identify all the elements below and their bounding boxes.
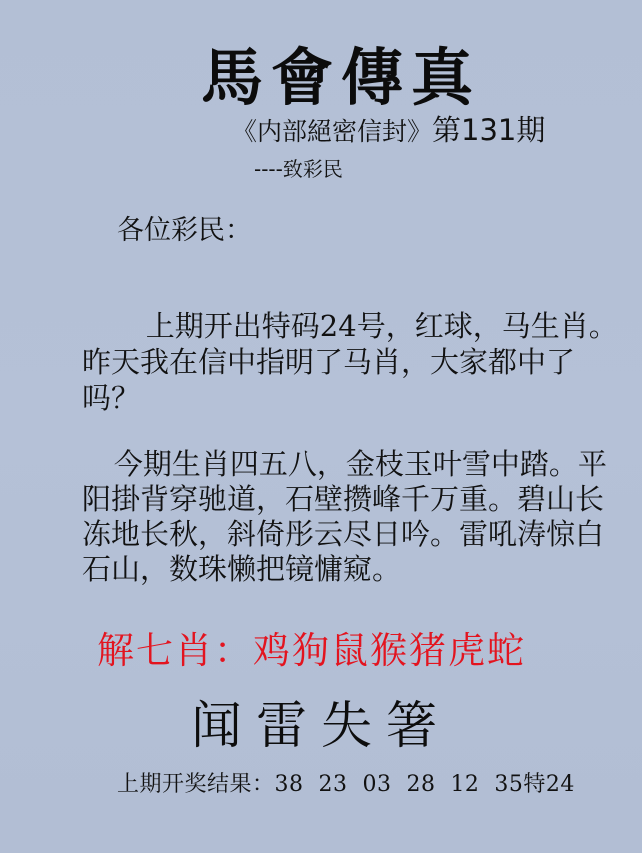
last-draw-results: 上期开奖结果：38 23 03 28 12 35特24: [117, 767, 575, 798]
paragraph-last-result: 上期开出特码24号，红球，马生肖。昨天我在信中指明了马肖，大家都中了吗？: [82, 308, 622, 416]
issue-number: 第131期: [432, 113, 545, 147]
paragraph-poem: 今期生肖四五八，金枝玉叶雪中踏。平阳掛背穿驰道，石壁攒峰千万重。碧山长冻地长秋，…: [82, 447, 622, 587]
addressee: ----致彩民: [254, 153, 343, 182]
motto: 闻雷失箸: [0, 684, 642, 758]
greeting: 各位彩民：: [117, 208, 252, 247]
results-numbers: 38 23 03 28 12 35特24: [275, 772, 575, 797]
zodiac-hint: 解七肖：鸡狗鼠猴猪虎蛇: [97, 620, 526, 674]
subtitle: 《内部絕密信封》第131期: [232, 108, 545, 149]
results-label: 上期开奖结果：: [117, 772, 275, 797]
subtitle-text: 《内部絕密信封》: [232, 117, 432, 146]
page-title: 馬會傳真: [0, 28, 642, 117]
